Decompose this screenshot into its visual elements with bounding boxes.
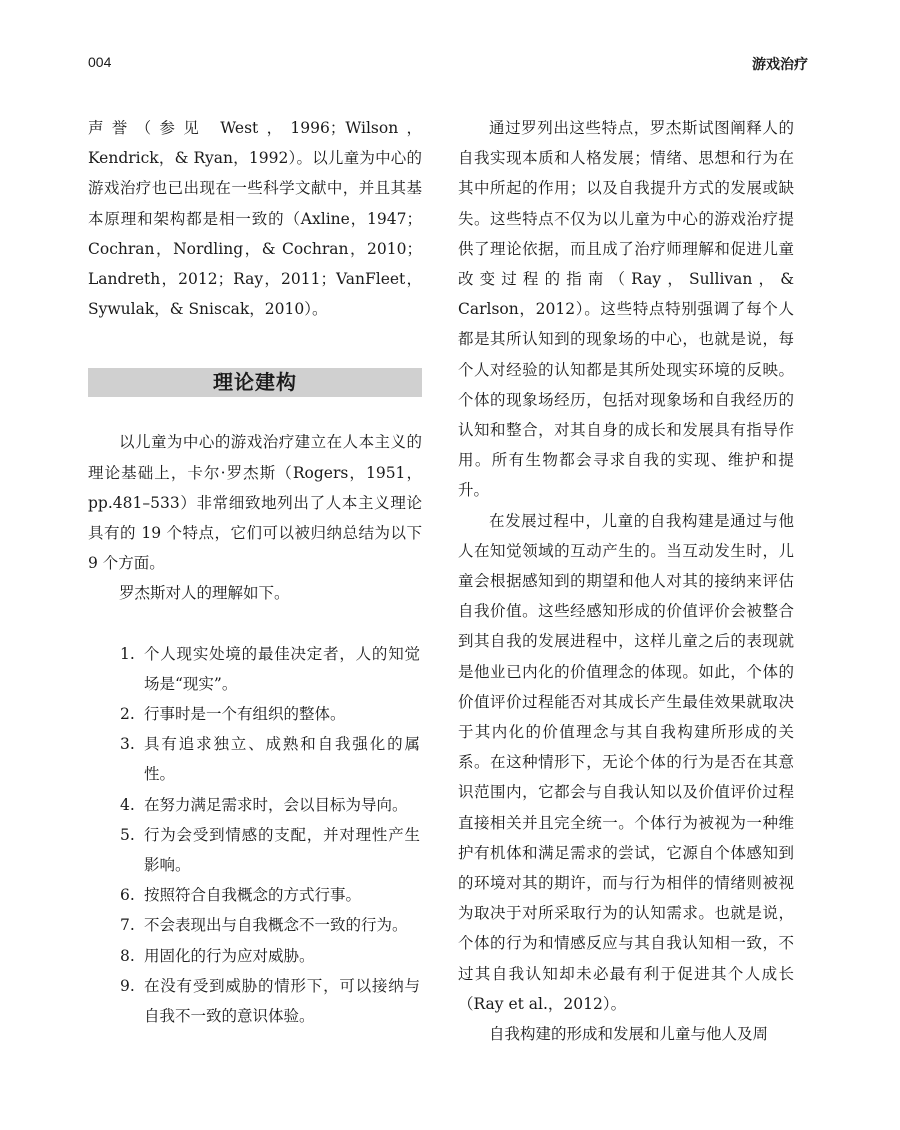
list-text: 个人现实处境的最佳决定者，人的知觉场是“现实”。 xyxy=(144,645,420,693)
page-header: 004 游戏治疗 xyxy=(88,50,808,74)
list-item: 4.在努力满足需求时，会以目标为导向。 xyxy=(88,790,422,820)
list-text: 行事时是一个有组织的整体。 xyxy=(144,705,346,723)
section-heading: 理论建构 xyxy=(88,368,422,397)
list-text: 在努力满足需求时，会以目标为导向。 xyxy=(144,796,408,814)
intro-paragraph: 声誉（参见 West，1996；Wilson，Kendrick，& Ryan，1… xyxy=(88,113,422,324)
body-paragraph: 在发展过程中，儿童的自我构建是通过与他人在知觉领域的互动产生的。当互动发生时，儿… xyxy=(458,506,794,1019)
list-number: 7. xyxy=(120,910,135,940)
list-text: 按照符合自我概念的方式行事。 xyxy=(144,886,361,904)
list-number: 1. xyxy=(120,639,135,669)
list-text: 在没有受到威胁的情形下，可以接纳与自我不一致的意识体验。 xyxy=(144,977,420,1025)
page-number: 004 xyxy=(88,54,111,70)
running-title: 游戏治疗 xyxy=(752,54,808,74)
list-item: 3.具有追求独立、成熟和自我强化的属性。 xyxy=(88,729,422,789)
list-item: 8.用固化的行为应对威胁。 xyxy=(88,941,422,971)
list-item: 9.在没有受到威胁的情形下，可以接纳与自我不一致的意识体验。 xyxy=(88,971,422,1031)
list-item: 5.行为会受到情感的支配，并对理性产生影响。 xyxy=(88,820,422,880)
list-number: 5. xyxy=(120,820,135,850)
list-text: 不会表现出与自我概念不一致的行为。 xyxy=(144,916,408,934)
body-paragraph: 以儿童为中心的游戏治疗建立在人本主义的理论基础上，卡尔·罗杰斯（Rogers，1… xyxy=(88,427,422,578)
list-item: 7.不会表现出与自我概念不一致的行为。 xyxy=(88,910,422,940)
list-number: 2. xyxy=(120,699,135,729)
left-column: 声誉（参见 West，1996；Wilson，Kendrick，& Ryan，1… xyxy=(88,113,422,1031)
body-paragraph: 罗杰斯对人的理解如下。 xyxy=(88,578,422,608)
list-number: 4. xyxy=(120,790,135,820)
right-column: 通过罗列出这些特点，罗杰斯试图阐释人的自我实现本质和人格发展；情绪、思想和行为在… xyxy=(458,113,794,1049)
list-number: 9. xyxy=(120,971,135,1001)
list-item: 2.行事时是一个有组织的整体。 xyxy=(88,699,422,729)
list-text: 具有追求独立、成熟和自我强化的属性。 xyxy=(144,735,420,783)
list-number: 8. xyxy=(120,941,135,971)
list-item: 1.个人现实处境的最佳决定者，人的知觉场是“现实”。 xyxy=(88,639,422,699)
characteristics-list: 1.个人现实处境的最佳决定者，人的知觉场是“现实”。 2.行事时是一个有组织的整… xyxy=(88,639,422,1032)
list-text: 行为会受到情感的支配，并对理性产生影响。 xyxy=(144,826,420,874)
list-number: 3. xyxy=(120,729,135,759)
list-item: 6.按照符合自我概念的方式行事。 xyxy=(88,880,422,910)
body-paragraph: 自我构建的形成和发展和儿童与他人及周 xyxy=(458,1019,794,1049)
list-text: 用固化的行为应对威胁。 xyxy=(144,947,315,965)
list-number: 6. xyxy=(120,880,135,910)
body-paragraph: 通过罗列出这些特点，罗杰斯试图阐释人的自我实现本质和人格发展；情绪、思想和行为在… xyxy=(458,113,794,506)
